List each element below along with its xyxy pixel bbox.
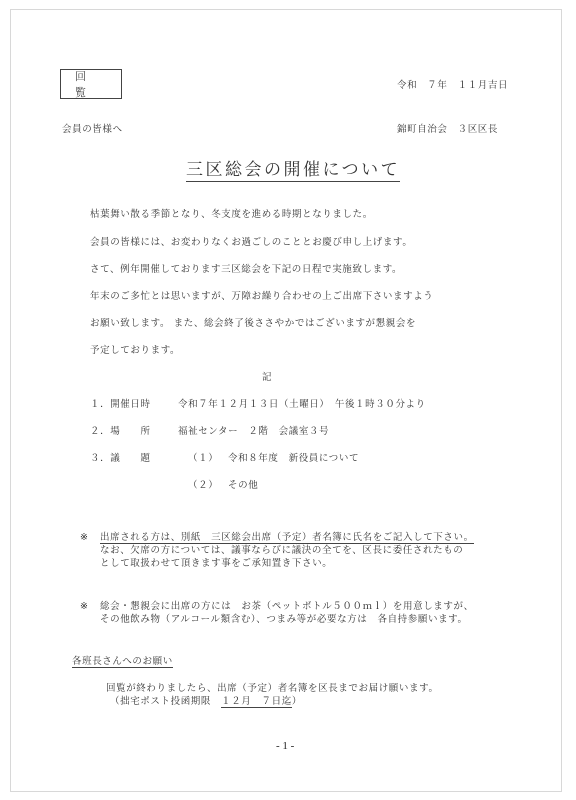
note-mark: ※ <box>80 601 89 613</box>
note-line: その他飲み物（アルコール類含む）、つまみ等が必要な方は 各自持参願います。 <box>100 614 468 626</box>
item-value-place: 福祉センター ２階 会議室３号 <box>178 426 329 438</box>
note-line: 総会・懇親会に出席の方には お茶（ペットボトル５００ｍｌ）を用意しますが、 <box>100 601 474 613</box>
document-title: 三区総会の開催について <box>186 159 400 182</box>
agenda-num: （２） <box>188 480 218 492</box>
body-paragraph: 枯葉舞い散る季節となり、冬支度を進める時期となりました。 <box>90 209 373 221</box>
request-heading: 各班長さんへのお願い <box>72 656 173 668</box>
body-paragraph: 年末のご多忙とは思いますが、万障お繰り合わせの上ご出席下さいますよう <box>90 291 433 303</box>
agenda-text: その他 <box>228 480 258 492</box>
note-line: 出席される方は、別紙 三区総会出席（予定）者名簿に氏名をご記入して下さい。 <box>100 532 474 544</box>
sender: 錦町自治会 ３区区長 <box>397 124 498 136</box>
body-paragraph: 予定しております。 <box>90 345 180 357</box>
issue-date: 令和 ７年 １１月吉日 <box>397 80 508 92</box>
deadline-date: １２月 ７日迄 <box>221 696 292 708</box>
request-line: 回覧が終わりましたら、出席（予定）者名簿を区長までお届け願います。 <box>106 683 439 695</box>
body-paragraph: お願い致します。 また、総会終了後ささやかではございますが懇親会を <box>90 318 416 330</box>
item-value-datetime: 令和７年１２月１３日（土曜日） 午後１時３０分より <box>178 399 426 411</box>
kairan-stamp-box: 回覧 <box>60 69 122 99</box>
body-paragraph: 会員の皆様には、お変わりなくお過ごしのこととお慶び申し上げます。 <box>90 237 412 249</box>
note-line: として取扱わせて頂きます事をご承知置き下さい。 <box>100 558 332 570</box>
body-paragraph: さて、例年開催しております三区総会を下記の日程で実施致します。 <box>90 264 402 276</box>
note-mark: ※ <box>80 532 89 544</box>
page-number: - 1 - <box>276 740 294 752</box>
item-label-place: ２．場 所 <box>90 426 151 438</box>
ki-label: 記 <box>262 372 272 384</box>
note-underlined-text: 出席される方は、別紙 三区総会出席（予定）者名簿に氏名をご記入して下さい。 <box>100 532 474 544</box>
item-label-agenda: ３．議 題 <box>90 453 151 465</box>
request-deadline: （拙宅ポスト投函期限 １２月 ７日迄） <box>110 696 302 708</box>
kairan-label: 回覧 <box>75 68 121 100</box>
agenda-text: 令和８年度 新役員について <box>228 453 359 465</box>
note-line: なお、欠席の方については、議事ならびに議決の全てを、区長に委任されたもの <box>100 545 463 557</box>
recipient: 会員の皆様へ <box>62 124 123 136</box>
item-label-datetime: １．開催日時 <box>90 399 151 411</box>
agenda-num: （１） <box>188 453 218 465</box>
